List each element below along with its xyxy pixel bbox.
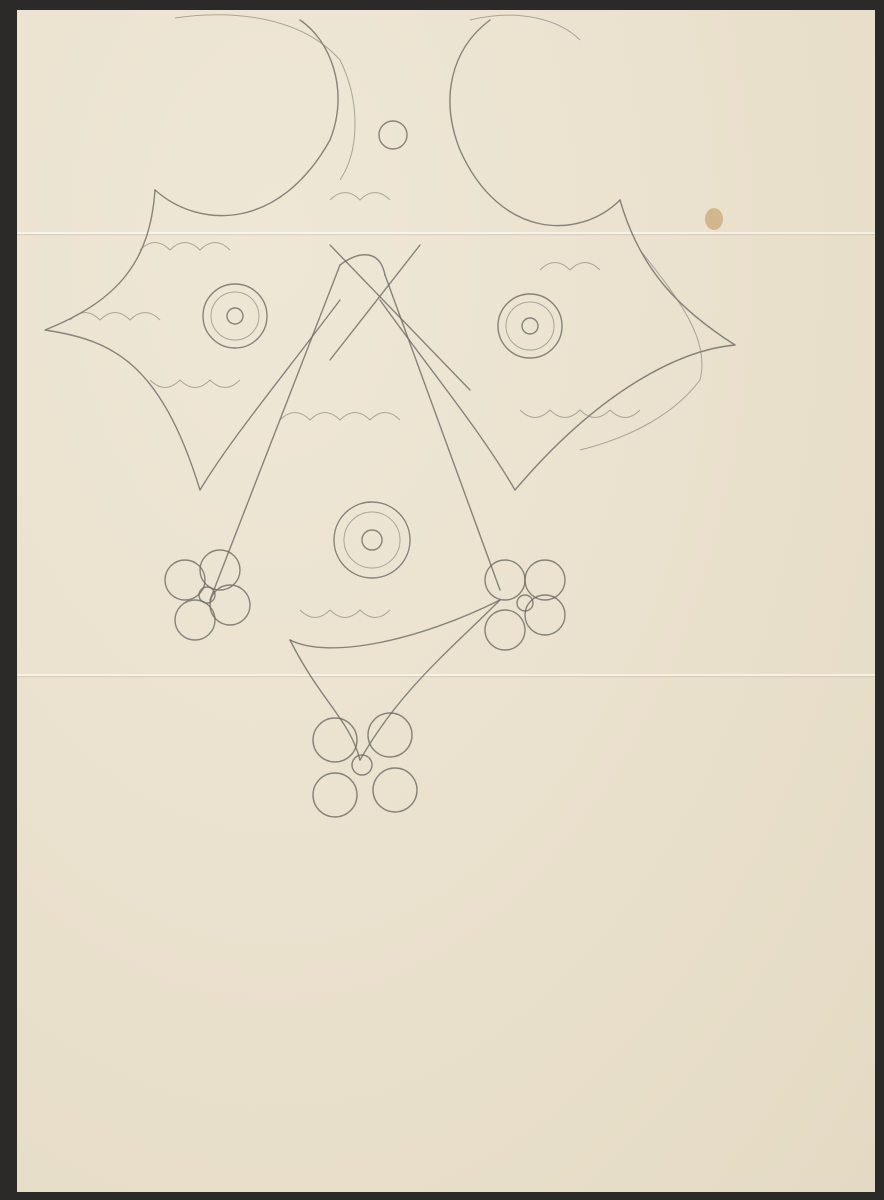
flower-left [165, 550, 250, 640]
rosette-left [203, 284, 267, 348]
rosette-right [498, 294, 562, 358]
scanned-sheet [0, 0, 884, 1200]
flower-right [485, 560, 565, 650]
flower-bottom [313, 713, 417, 817]
rosette-center [334, 502, 410, 578]
pendant-sketch [0, 0, 884, 1200]
